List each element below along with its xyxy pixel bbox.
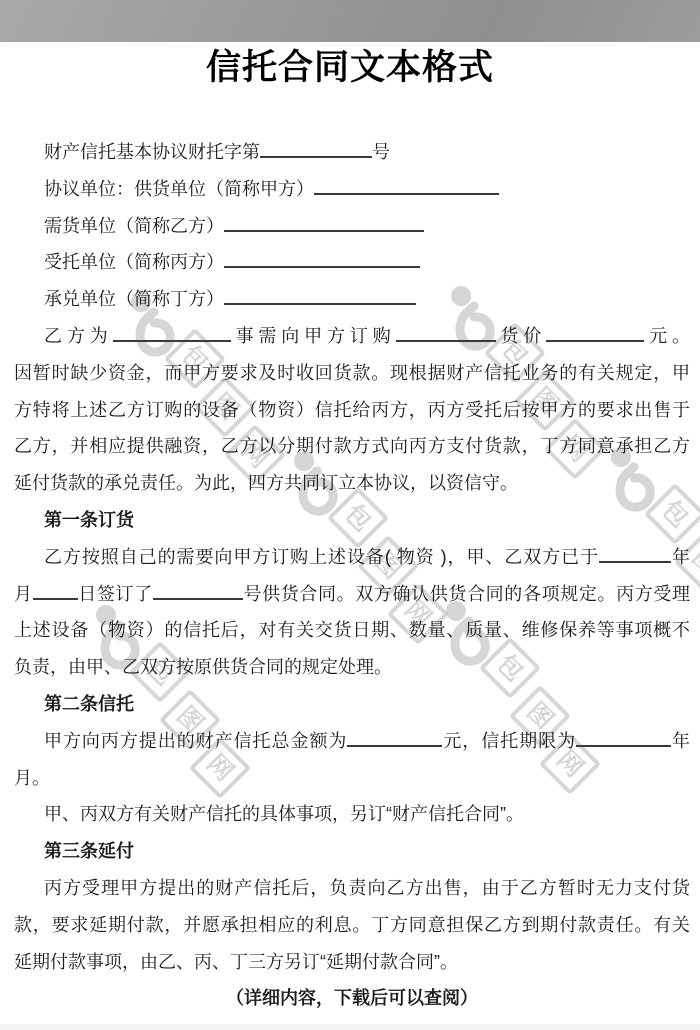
blank-field [396,323,496,342]
page-top-shadow [0,0,700,42]
document-page: 包图网包图网包图网包图网包图网包图网 信托合同文本格式 财产信托基本协议财托字第… [0,0,700,1030]
blank-field [33,581,78,600]
text-line: 延期付款事项，由乙、丙、丁三方另订“延期付款合同”。 [14,944,690,981]
text-line: 延付货款的承兑责任。为此，四方共同订立本协议，以资信守。 [14,465,690,502]
text-line: 第三条延付 [14,833,690,870]
blank-field [113,323,231,342]
blank-field [546,323,644,342]
text-line: 款，要求延期付款，并愿承担相应的利息。丁方同意担保乙方到期付款责任。有关 [14,907,690,944]
text-line: （详细内容，下载后可以查阅） [14,980,690,1017]
text-line: 方特将上述乙方订购的设备（物资）信托给丙方，丙方受托后按甲方的要求出售于 [14,392,690,429]
document-title: 信托合同文本格式 [0,46,700,90]
blank-field [599,544,671,563]
blank-field [314,176,499,195]
text-line: 乙方为事需向甲方订购货价元。 [14,318,690,355]
text-line: 需货单位（简称乙方） [14,208,690,245]
document-body: 财产信托基本协议财托字第号协议单位：供货单位（简称甲方）需货单位（简称乙方）受托… [0,134,700,1017]
text-line: 第一条订货 [14,502,690,539]
blank-field [260,139,372,158]
text-line: 第二条信托 [14,686,690,723]
text-line: 财产信托基本协议财托字第号 [14,134,690,171]
blank-field [224,286,416,305]
blank-field [153,581,243,600]
page-bottom-shadow [0,1024,700,1030]
blank-field [224,249,420,268]
text-line: 乙方按照自己的需要向甲方订购上述设备( 物资 )，甲、乙双方已于年 [14,539,690,576]
text-line: 月日签订了号供货合同。双方确认供货合同的各项规定。丙方受理 [14,576,690,613]
text-line: 月。 [14,760,690,797]
text-line: 上述设备（物资）的信托后，对有关交货日期、数量、质量、维修保养等事项概不 [14,612,690,649]
text-line: 因暂时缺少资金，而甲方要求及时收回货款。现根据财产信托业务的有关规定，甲 [14,355,690,392]
blank-field [576,728,671,747]
blank-field [224,213,424,232]
text-line: 甲方向丙方提出的财产信托总金额为元，信托期限为年 [14,723,690,760]
text-line: 丙方受理甲方提出的财产信托后，负责向乙方出售，由于乙方暂时无力支付货 [14,870,690,907]
text-line: 负责，由甲、乙双方按原供货合同的规定处理。 [14,649,690,686]
text-line: 承兑单位（简称丁方） [14,281,690,318]
text-line: 协议单位：供货单位（简称甲方） [14,171,690,208]
blank-field [347,728,442,747]
text-line: 甲、丙双方有关财产信托的具体事项，另订“财产信托合同”。 [14,796,690,833]
text-line: 受托单位（简称丙方） [14,244,690,281]
text-line: 乙方，并相应提供融资，乙方以分期付款方式向丙方支付货款，丁方同意承担乙方 [14,428,690,465]
